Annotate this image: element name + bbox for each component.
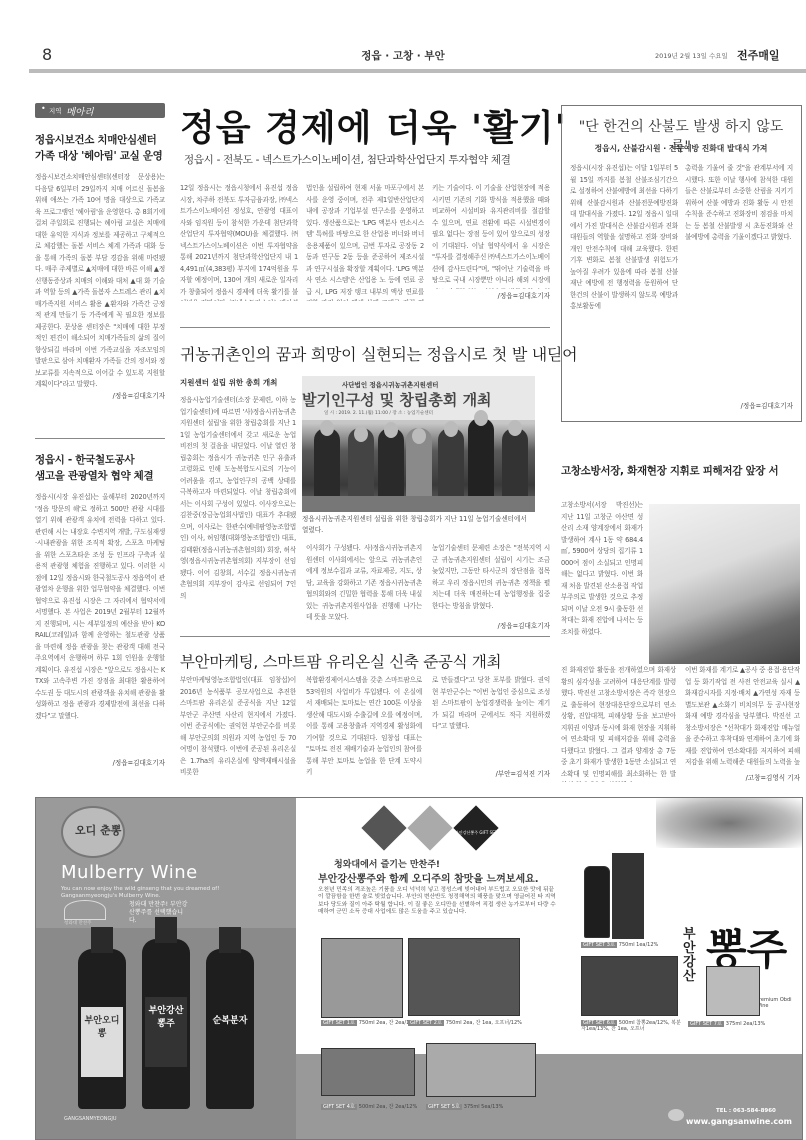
gift-tag: GIFT SET 3호 [581,942,617,948]
gift-set-4-label: GIFT SET 4호500ml 2ea, 잔 2ea/12% [321,1103,417,1110]
person-head [508,420,522,436]
person-head [444,421,458,437]
farm-subtitle: 지원센터 설립 위한 총회 개최 [180,377,277,388]
main-article-col3: 키는 기술이다. 이 기술을 산업현장에 적용시키면 기존의 기화 방식을 적용… [432,183,550,289]
boxed-article-col1: 정읍시(시장 유진섭)는 이달 1일부터 5월 15일 까지를 봄철 산불조심기… [570,163,678,398]
person-figure [378,428,404,498]
person-head [474,410,488,426]
gift-spec: 375ml 5ea/13% [464,1104,504,1110]
farm-headline: 귀농귀촌인의 꿈과 희망이 실현되는 정읍시로 첫 발 내딛어 [180,342,577,365]
gift-set-7-image [706,966,760,1016]
article-title-line1: 정읍시보건소 치매안심센터 [35,132,165,148]
person-figure [314,428,340,498]
market-headline: 부안마케팅, 스마트팜 유리온실 신축 준공식 개최 [180,650,501,672]
article-dementia: 정읍시보건소 치매안심센터 가족 대상 '헤아림' 교실 운영 정읍시보건소치매… [35,132,165,400]
person-figure [438,428,464,498]
person-figure [502,428,528,498]
byline: /정읍=김대호기자 [35,390,165,400]
person-head [320,420,334,436]
brand-small: GANGSANMYEONGJU [64,1116,117,1122]
fire-article-col1: 고창소방서(서장 박진선)는 지난 11일 고창군 아산면 성산리 소재 양계장… [561,500,643,660]
ad-headline2: 부안강산뽕주와 함께 오디주의 참맛을 느껴보세요. [318,870,539,885]
ad-left-panel: 오디 춘뽕 Mulberry Wine You can now enjoy th… [36,798,296,1139]
article-title-line2: 샘고을 관광열차 협약 체결 [35,468,165,484]
gift-set-3-bottle [584,866,610,938]
article-body: 정읍시(시장 유진섭)는 올해부터 2020년까지 '정읍 방문의 해'로 정하… [35,492,165,757]
fire-article-col2: 진 화재진압 활동을 전개하였으며 화재상황의 심각성을 고려하여 대응단계를 … [561,665,676,782]
wine-advertisement: 오디 춘뽕 Mulberry Wine You can now enjoy th… [35,797,803,1140]
gift-set-7-label: GIFT SET 7호375ml 2ea/13% [688,1020,765,1027]
bottle-label: 부안오디뽕 [81,1007,123,1077]
divider [180,636,550,637]
website-link[interactable]: www.gangsanwine.com [686,1117,792,1126]
main-article-col1: 12일 정읍시는 정읍시청에서 유진섭 정읍시장, 차주하 전북도 투자금융과장… [180,183,298,301]
gift-tag: GIFT SET 4호 [321,1104,357,1110]
mulberry-diamond [361,805,406,850]
boxed-article-subtitle: 정읍시, 산불감시원 · 전문예방 진화대 발대식 가져 [570,143,792,154]
byline: /정읍=김대호기자 [432,290,550,300]
chairs [302,496,535,512]
farm-article-col2: 이사회가 구성됐다. 사)정읍시귀농귀촌지원센터 이사회에서는 앞으로 귀농귀촌… [306,543,422,623]
gift-set-1-label: GIFT SET 1호750ml 2ea, 잔 2ea/16% [321,1019,417,1026]
product-title: Mulberry Wine [61,862,198,883]
diamond-label: 부안강산뽕주 GIFT SET [454,830,498,836]
gift-tag: GIFT SET 2호 [408,1020,444,1026]
fruit-diamond [407,805,452,850]
newspaper-name: 전주매일 [737,47,780,63]
gift-set-3-box [612,853,644,939]
calligraphy-small: 부안강산 [683,928,699,984]
bottle-neck [91,927,113,953]
wine-bottle: 부안오디뽕 [78,949,126,1109]
ad-body: 오천년 민족의 격조높은 기품을 오디 넉넉히 넣고 정성스레 빚어내어 부드럽… [318,887,558,916]
issue-date: 2019년 2월 13일 수요일 [655,51,728,60]
farm-article-col3: 농업기술센터 문제련 소장은 "전북지역 시군 귀농귀촌지원센터 설립이 시기는… [432,543,550,609]
gift-set-4-image [321,1048,415,1096]
bottle-neck [219,927,241,953]
gift-spec: 750ml 2ea, 잔 1ea, 오프너/12% [446,1020,522,1026]
person-head [384,422,398,438]
ad-headline1: 청와대에서 즐기는 만찬주! [334,857,440,870]
divider [180,327,550,328]
ad-right-panel: GIFT SET 3호750ml 1ea/12% 부안강산 뽕주 Premium… [576,798,802,1139]
gift-spec: 375ml 2ea/13% [726,1021,766,1027]
gift-tag: GIFT SET 5호 [426,1104,462,1110]
column-badge-prefix: 지역 [49,106,62,115]
byline: /부안=김석진 기자 [432,768,550,778]
boxed-article-col2: 총력을 기울여 줄 것"을 관계부서에 지시했다. 또한 이날 행사에 참석한 … [685,163,793,388]
gift-spec: 750ml 1ea/12% [619,942,659,948]
article-railroad: 정읍시 - 한국철도공사 샘고을 관광열차 협약 체결 정읍시(시장 유진섭)는… [35,452,165,767]
blue-house-icon [64,900,106,920]
ceremony-photo: 사단법인 정읍시귀농귀촌지원센터 발기인구성 및 창립총회 개최 일 시 : 2… [302,376,535,512]
mulberry-leaf-image [656,798,802,848]
farm-article-col1: 정읍시농업기술센터(소장 문제련, 이하 농업기술센터)에 따르면 '사)정읍시… [180,395,296,635]
byline: /정읍=김대호기자 [35,757,165,767]
brand-logo-text: 오디 춘뽕 [75,822,121,838]
gift-set-6-label: GIFT SET 6호500ml 참뽕2ea/12%, 복분자1ea/13%, … [581,1020,681,1032]
gift-set-1-image [321,938,403,1018]
brand-emblem-icon [668,1109,684,1121]
column-badge: • 지역 메아리 [35,103,165,118]
wine-bottle: 부안강산 뽕주 [142,939,190,1109]
main-headline: 정읍 경제에 더욱 '활기' [180,100,567,151]
gift-set-2-label: GIFT SET 2호750ml 2ea, 잔 1ea, 오프너/12% [408,1019,522,1026]
wine-bottle: 순복분자 [206,949,254,1109]
market-article-col3: 로 만들겠다"고 당찬 포부를 밝혔다. 권익현 부안군수는 "이번 농업인 중… [432,675,550,767]
bottle-label: 부안강산 뽕주 [145,997,187,1067]
article-title-line1: 정읍시 - 한국철도공사 [35,452,165,468]
person-head [354,426,368,442]
header-rule [29,69,806,73]
photo-banner-line3: 일 시 : 2019. 2. 11.(월) 11:00 / 장 소 : 농업기술… [324,410,433,416]
fire-headline: 고창소방서장, 화재현장 지휘로 피해저감 앞장 서 [561,463,778,478]
byline: /고창=김영식 기자 [685,772,800,782]
bottle-label: 순복분자 [209,1007,251,1077]
gift-set-2-image [408,938,520,1016]
person-figure [468,418,494,498]
gift-spec: 500ml 2ea, 잔 2ea/12% [359,1104,417,1110]
photo-banner-line2: 발기인구성 및 창립총회 개최 [302,389,492,410]
phone-number: TEL : 063-584-8960 [716,1108,776,1114]
fire-scene-photo [649,504,800,664]
column-badge-name: 메아리 [66,104,94,118]
product-subtitle: You can now enjoy the wild ginseng that … [61,886,261,900]
bullet-icon: • [41,104,46,113]
article-title-line2: 가족 대상 '헤아림' 교실 운영 [35,148,165,164]
ad-middle-panel: 부안강산뽕주 GIFT SET 청와대에서 즐기는 만찬주! 부안강산뽕주와 함… [296,798,576,1139]
market-article-col1: 부안마케팅영농조합법인(대표 임창섭)이 2016년 농식품부 공모사업으로 추… [180,675,296,780]
photo-banner-line1: 사단법인 정읍시귀농귀촌지원센터 [342,380,438,389]
gift-set-6-image [581,956,678,1016]
gift-tag: GIFT SET 1호 [321,1020,357,1026]
gift-set-5-label: GIFT SET 5호375ml 5ea/13% [426,1103,503,1110]
byline: /정읍=김대호기자 [685,400,793,410]
divider [35,438,165,439]
premium-label: Premium Obdi Wine [756,997,796,1009]
article-body: 정읍시보건소치매안심센터(센터장 문상용)는 다음달 6일부터 29일까지 치매… [35,172,165,390]
person-head [412,428,426,444]
main-subheadline: 정읍시 - 전북도 - 넥스트가스이노베이션, 첨단과학산업단지 투자협약 체결 [184,152,511,167]
gift-tag: GIFT SET 7호 [688,1021,724,1027]
byline: /정읍=김대호기자 [432,620,550,630]
bottle-neck [155,917,177,943]
gift-set-diamond [453,805,498,850]
gift-set-5-image [426,1043,536,1097]
photo-banner: 사단법인 정읍시귀농귀촌지원센터 발기인구성 및 창립총회 개최 일 시 : 2… [302,376,535,420]
brand-logo: 오디 춘뽕 [61,806,125,858]
photo-caption: 정읍시귀농귀촌지원센터 설립을 위한 창립총회가 지난 11일 농업기술센터에서… [302,514,535,536]
market-article-col2: 복합환경제어시스템을 갖춘 스마트팜으로 53억원의 사업비가 투입됐다. 이 … [306,675,422,780]
blue-house-caption: 청와대 만찬주 [64,920,92,926]
main-article-col2: 법인을 설립하여 현재 서울 마포구에서 본사를 운영 중이며, 전주 제1일반… [306,183,424,301]
fire-article-col3: 이번 화재를 계기로 ▲공사 중 용접·용단작업 등 화기작업 전 사전 안전교… [685,665,800,770]
gift-set-3-label: GIFT SET 3호750ml 1ea/12% [581,941,658,948]
